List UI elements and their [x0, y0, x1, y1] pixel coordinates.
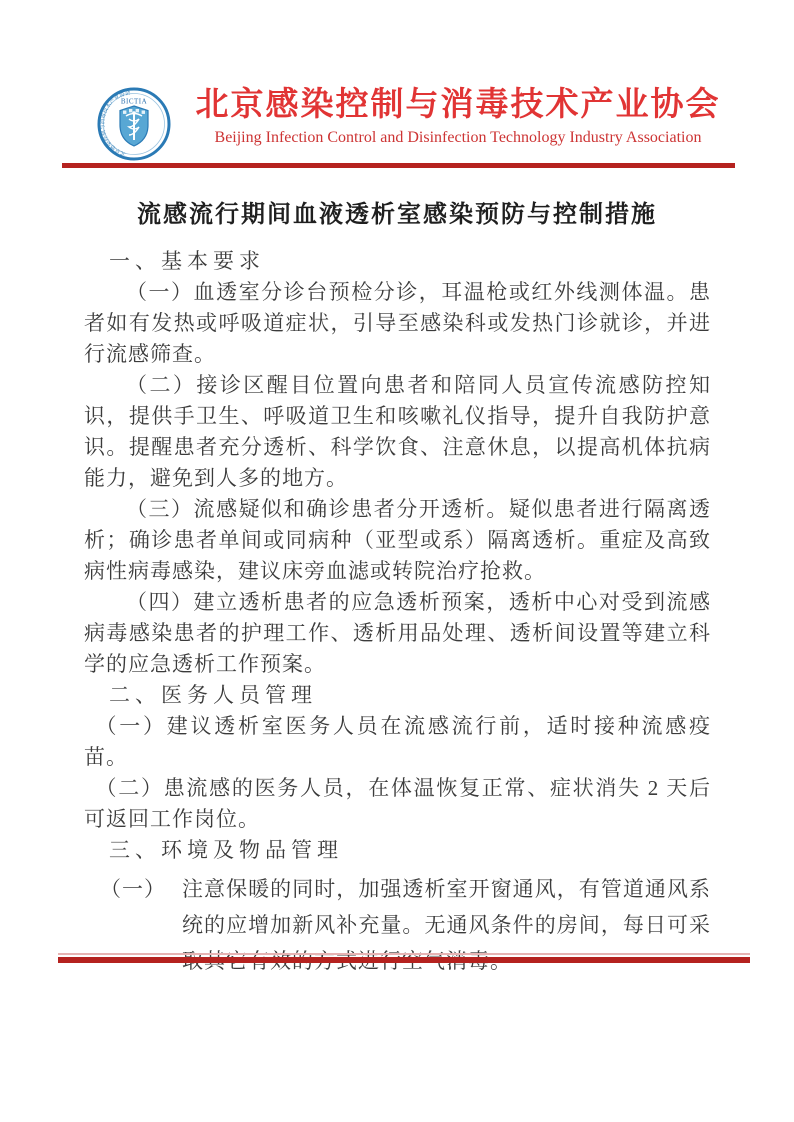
association-titles: 北京感染控制与消毒技术产业协会 Beijing Infection Contro…	[172, 84, 738, 147]
section-2-paragraph-1: （一）建议透析室医务人员在流感流行前，适时接种流感疫苗。	[84, 711, 711, 773]
header-divider-rule	[62, 163, 735, 168]
document-page: BICTIA 北京感染控制与消毒技术产业协会	[0, 0, 794, 1122]
footer-rule-thin	[58, 953, 750, 955]
association-name-en: Beijing Infection Control and Disinfecti…	[178, 129, 738, 147]
document-title: 流感流行期间血液透析室感染预防与控制措施	[84, 194, 710, 229]
document-body: 一、基本要求 （一）血透室分诊台预检分诊，耳温枪或红外线测体温。患者如有发热或呼…	[84, 246, 711, 979]
footer-rule-thick	[58, 957, 750, 963]
section-1-paragraph-1: （一）血透室分诊台预检分诊，耳温枪或红外线测体温。患者如有发热或呼吸道症状，引导…	[84, 277, 711, 370]
association-header: BICTIA 北京感染控制与消毒技术产业协会	[62, 84, 738, 167]
section-2-paragraph-2: （二）患流感的医务人员，在体温恢复正常、症状消失 2 天后可返回工作岗位。	[84, 773, 711, 835]
section-1-heading: 一、基本要求	[84, 246, 711, 277]
association-name-zh: 北京感染控制与消毒技术产业协会	[178, 84, 738, 124]
section-1-paragraph-2: （二）接诊区醒目位置向患者和陪同人员宣传流感防控知识，提供手卫生、呼吸道卫生和咳…	[84, 370, 711, 494]
section-2-heading: 二、医务人员管理	[84, 680, 711, 711]
section-1-paragraph-3: （三）流感疑似和确诊患者分开透析。疑似患者进行隔离透析；确诊患者单间或同病种（亚…	[84, 494, 711, 587]
svg-text:BICTIA: BICTIA	[121, 98, 147, 106]
section-1-paragraph-4: （四）建立透析患者的应急透析预案，透析中心对受到流感病毒感染患者的护理工作、透析…	[84, 587, 711, 680]
bictia-seal-icon: BICTIA 北京感染控制与消毒技术产业协会	[96, 86, 172, 162]
association-logo: BICTIA 北京感染控制与消毒技术产业协会	[96, 86, 172, 167]
section-3-heading: 三、环境及物品管理	[84, 835, 711, 866]
